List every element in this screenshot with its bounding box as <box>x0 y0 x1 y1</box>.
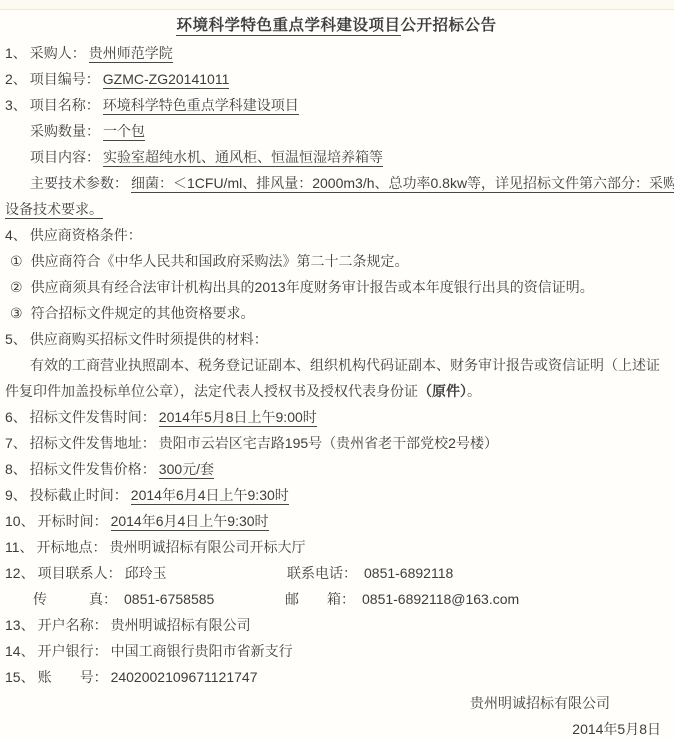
bid-deadline-value: 2014年6月4日上午9:30时 <box>131 487 289 505</box>
tech-params-value-line2: 设备技术要求。 <box>5 201 103 219</box>
item-number: 13、 <box>5 617 35 633</box>
paragraph-text: 件复印件加盖投标单位公章），法定代表人授权书及授权代表身份证 <box>5 383 418 399</box>
item-number: 11、 <box>5 539 34 555</box>
phone-value: 0851-6892118 <box>364 565 453 581</box>
item-label: 开标地点： <box>37 539 107 555</box>
tech-params-value-line1: 细菌：＜1CFU/ml、排风量：2000m3/h、总功率0.8kw等，详见招标文… <box>131 175 674 193</box>
item-doc-sale-address: 7、招标文件发售地址：贵阳市云岩区宅吉路195号（贵州省老干部党校2号楼） <box>5 430 668 456</box>
account-number-value: 2402002109671121747 <box>111 669 258 685</box>
item-project-number: 2、项目编号：GZMC-ZG20141011 <box>5 66 668 92</box>
item-label: 供应商购买招标文件时须提供的材料： <box>30 331 268 347</box>
item-contact-fax-mail: 传 真：0851-6758585邮 箱：0851-6892118@163.com <box>5 586 668 612</box>
bid-opening-time-value: 2014年6月4日上午9:30时 <box>111 513 269 531</box>
item-number: 5、 <box>5 331 27 347</box>
qualification-clause-1: ①供应商符合《中华人民共和国政府采购法》第二十二条规定。 <box>5 248 668 274</box>
item-label: 招标文件发售地址： <box>30 435 156 451</box>
item-label: 招标文件发售价格： <box>30 461 156 477</box>
item-label: 项目名称： <box>30 97 100 113</box>
item-supplier-qualification: 4、供应商资格条件： <box>5 222 668 248</box>
item-label: 开户银行： <box>38 643 108 659</box>
item-doc-sale-price: 8、招标文件发售价格：300元/套 <box>5 456 668 482</box>
paragraph-text: 有效的工商营业执照副本、税务登记证副本、组织机构代码证副本、财务审计报告或资信证… <box>30 357 660 373</box>
clause-text: 供应商须具有经合法审计机构出具的2013年度财务审计报告或本年度银行出具的资信证… <box>31 279 594 295</box>
qualification-clause-3: ③符合招标文件规定的其他资格要求。 <box>5 300 668 326</box>
contact-mail: 邮 箱：0851-6892118@163.com <box>285 586 519 612</box>
item-label: 项目联系人： <box>38 565 122 581</box>
item-label: 采购人： <box>30 45 86 61</box>
item-number: 15、 <box>5 669 35 685</box>
item-project-content: 项目内容：实验室超纯水机、通风柜、恒温恒湿培养箱等 <box>5 144 668 170</box>
doc-sale-address-value: 贵阳市云岩区宅吉路195号（贵州省老干部党校2号楼） <box>159 435 498 451</box>
phone-label: 联系电话： <box>287 565 357 581</box>
mail-label: 邮 箱： <box>285 591 355 607</box>
item-label: 开标时间： <box>38 513 108 529</box>
signature-date: 2014年5月8日 <box>5 716 668 739</box>
contact-person-value: 邱玲玉 <box>125 565 167 581</box>
item-label: 投标截止时间： <box>30 487 128 503</box>
item-number: 8、 <box>5 461 27 477</box>
purchaser-value: 贵州师范学院 <box>89 45 173 63</box>
bank-value: 中国工商银行贵阳市省新支行 <box>111 643 293 659</box>
tender-announcement-document: 环境科学特色重点学科建设项目公开招标公告 1、采购人：贵州师范学院 2、项目编号… <box>0 10 674 739</box>
item-number: 2、 <box>5 71 27 87</box>
doc-sale-price-value: 300元/套 <box>159 461 214 479</box>
item-tech-params-line1: 主要技术参数：细菌：＜1CFU/ml、排风量：2000m3/h、总功率0.8kw… <box>5 170 668 196</box>
item-number: 10、 <box>5 513 35 529</box>
item-bid-deadline: 9、投标截止时间：2014年6月4日上午9:30时 <box>5 482 668 508</box>
signature-company: 贵州明诚招标有限公司 <box>5 690 668 716</box>
signature-date-text: 2014年5月8日 <box>572 721 661 737</box>
circled-1-marker: ① <box>10 253 23 269</box>
original-copy-emphasis: （原件） <box>418 383 467 399</box>
project-name-value: 环境科学特色重点学科建设项目 <box>103 97 299 115</box>
bid-opening-place-value: 贵州明诚招标有限公司开标大厅 <box>110 539 306 555</box>
item-contact-person: 12、项目联系人：邱玲玉联系电话：0851-6892118 <box>5 560 668 586</box>
title-underlined-part: 环境科学特色重点学科建设项目 <box>176 17 400 36</box>
paragraph-text-tail: 。 <box>467 383 481 399</box>
item-label: 账 号： <box>38 669 108 685</box>
item-number: 14、 <box>5 643 35 659</box>
item-number: 7、 <box>5 435 27 451</box>
item-label: 主要技术参数： <box>30 175 128 191</box>
item-number: 3、 <box>5 97 27 113</box>
doc-sale-time-value: 2014年5月8日上午9:00时 <box>159 409 317 427</box>
item-bank: 14、开户银行：中国工商银行贵阳市省新支行 <box>5 638 668 664</box>
title-plain-part: 公开招标公告 <box>401 17 497 34</box>
item-account-name: 13、开户名称：贵州明诚招标有限公司 <box>5 612 668 638</box>
item-number: 12、 <box>5 565 35 581</box>
circled-2-marker: ② <box>10 279 23 295</box>
account-name-value: 贵州明诚招标有限公司 <box>111 617 251 633</box>
item-number: 6、 <box>5 409 27 425</box>
clause-text: 符合招标文件规定的其他资格要求。 <box>31 305 255 321</box>
page-top-strip <box>0 0 674 10</box>
item-label: 开户名称： <box>38 617 108 633</box>
qualification-clause-2: ②供应商须具有经合法审计机构出具的2013年度财务审计报告或本年度银行出具的资信… <box>5 274 668 300</box>
item-label: 项目编号： <box>30 71 100 87</box>
fax-label: 传 真： <box>33 591 117 607</box>
item-required-materials: 5、供应商购买招标文件时须提供的材料： <box>5 326 668 352</box>
item-purchaser: 1、采购人：贵州师范学院 <box>5 40 668 66</box>
page-title: 环境科学特色重点学科建设项目公开招标公告 <box>5 11 668 40</box>
materials-paragraph-line1: 有效的工商营业执照副本、税务登记证副本、组织机构代码证副本、财务审计报告或资信证… <box>5 352 668 378</box>
item-number: 4、 <box>5 227 27 243</box>
item-purchase-quantity: 采购数量：一个包 <box>5 118 668 144</box>
clause-text: 供应商符合《中华人民共和国政府采购法》第二十二条规定。 <box>31 253 409 269</box>
project-number-value: GZMC-ZG20141011 <box>103 71 230 89</box>
signature-company-text: 贵州明诚招标有限公司 <box>470 695 610 711</box>
project-content-value: 实验室超纯水机、通风柜、恒温恒湿培养箱等 <box>103 149 383 167</box>
mail-value: 0851-6892118@163.com <box>362 591 519 607</box>
item-label: 供应商资格条件： <box>30 227 142 243</box>
circled-3-marker: ③ <box>10 305 23 321</box>
item-account-number: 15、账 号：2402002109671121747 <box>5 664 668 690</box>
purchase-quantity-value: 一个包 <box>103 123 145 141</box>
item-bid-opening-place: 11、开标地点：贵州明诚招标有限公司开标大厅 <box>5 534 668 560</box>
item-doc-sale-time: 6、招标文件发售时间：2014年5月8日上午9:00时 <box>5 404 668 430</box>
item-number: 1、 <box>5 45 27 61</box>
fax-value: 0851-6758585 <box>124 591 214 607</box>
item-project-name: 3、项目名称：环境科学特色重点学科建设项目 <box>5 92 668 118</box>
item-bid-opening-time: 10、开标时间：2014年6月4日上午9:30时 <box>5 508 668 534</box>
item-number: 9、 <box>5 487 27 503</box>
materials-paragraph-line2: 件复印件加盖投标单位公章），法定代表人授权书及授权代表身份证（原件）。 <box>5 378 668 404</box>
item-label: 招标文件发售时间： <box>30 409 156 425</box>
item-label: 采购数量： <box>30 123 100 139</box>
contact-phone: 联系电话：0851-6892118 <box>287 560 453 586</box>
item-tech-params-line2: 设备技术要求。 <box>5 196 668 222</box>
item-label: 项目内容： <box>30 149 100 165</box>
